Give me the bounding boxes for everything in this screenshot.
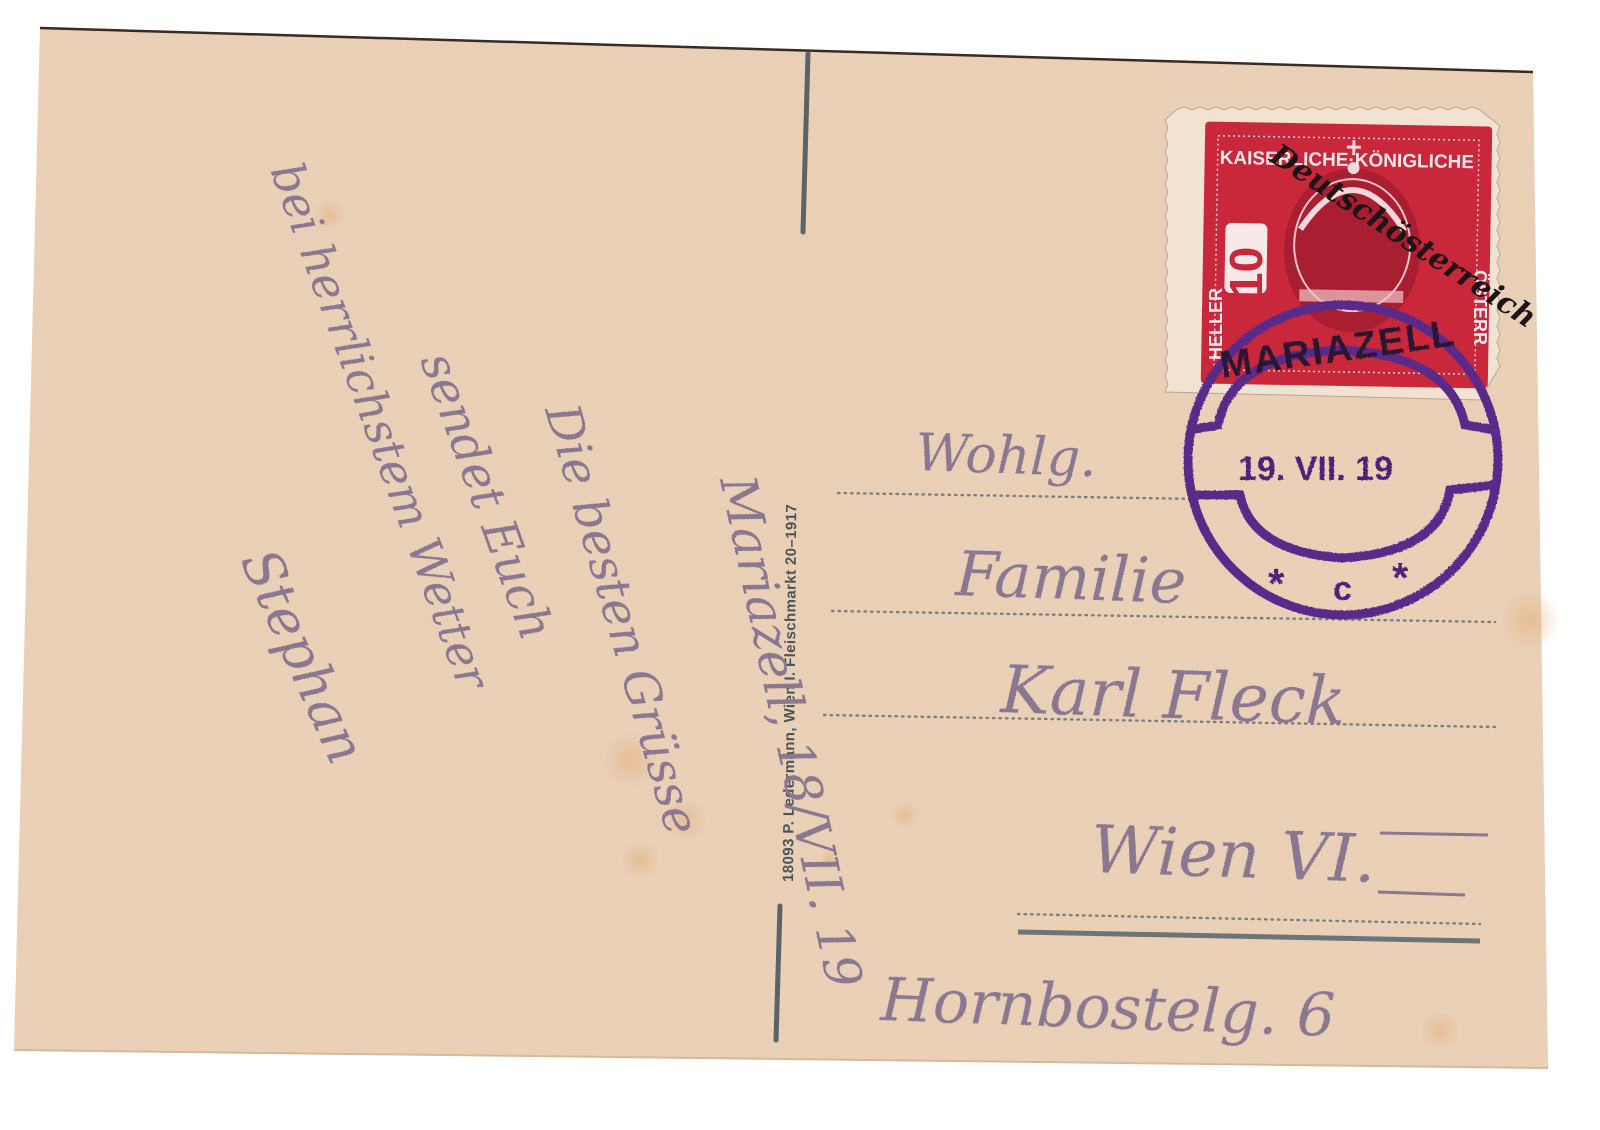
postmark-letter: c [1333, 570, 1352, 608]
postcard: 18093 P. Ledermann, Wien I. Fleischmarkt… [0, 0, 1600, 1130]
address-line-1: Wohlg. [915, 423, 1098, 489]
stamp-denomination: 10 [1220, 247, 1272, 298]
address-line-2: Familie [953, 537, 1187, 618]
stamp-top-text: KAISERLICHE·KÖNIGLICHE [1219, 148, 1474, 173]
district-underline-top [1380, 833, 1488, 835]
postmark-ornament-right: * [1392, 554, 1409, 601]
postmark-ornament-left: * [1268, 560, 1285, 607]
postmark-date: 19. VII. 19 [1238, 450, 1393, 488]
address-line-3: Karl Fleck [998, 651, 1347, 740]
address-line-4: Wien VI. [1089, 811, 1377, 898]
